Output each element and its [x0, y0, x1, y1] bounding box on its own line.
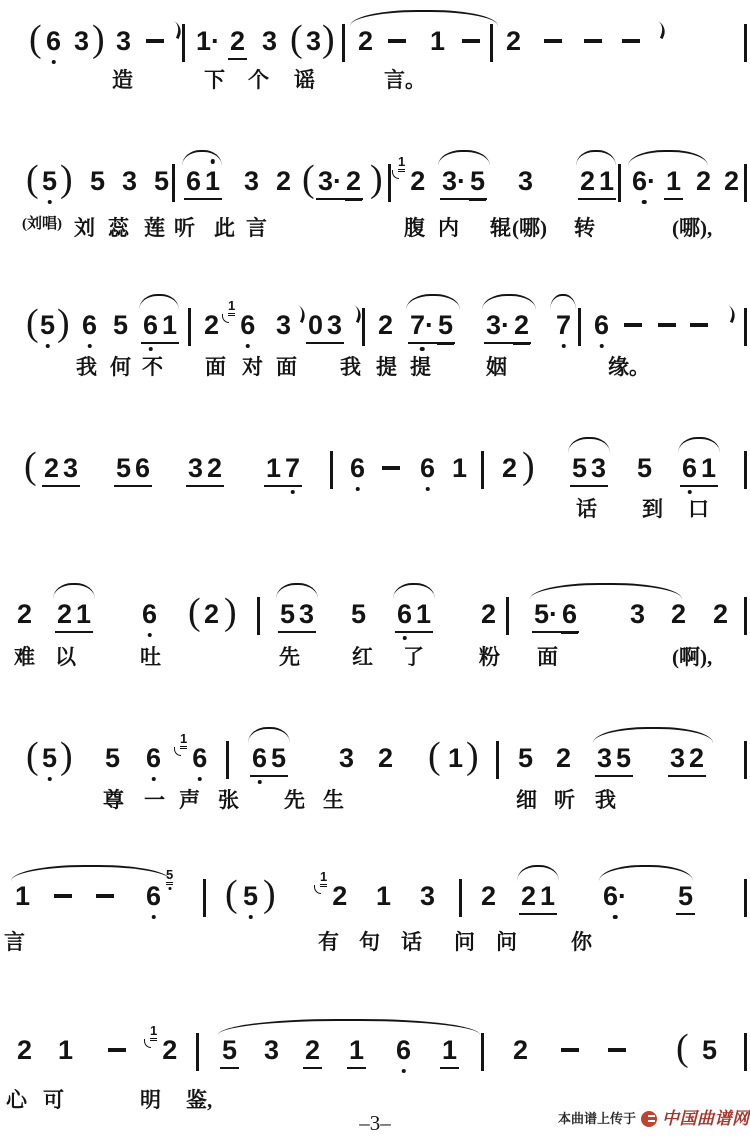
note-value: 5	[470, 168, 485, 195]
note: 7	[554, 312, 573, 339]
note-value: 1	[205, 168, 220, 195]
lyric-syllable: 红	[352, 645, 373, 669]
note: 6	[592, 312, 611, 339]
octave-dot-below	[198, 777, 203, 782]
note: 2	[202, 312, 221, 339]
note-part: 6	[395, 601, 414, 628]
grace-note-value: 1	[180, 732, 187, 749]
note-part: 1	[74, 601, 93, 628]
lyric-syllable: 下	[204, 68, 225, 92]
note-value: 5	[616, 745, 631, 772]
note: 2	[274, 168, 293, 195]
note-value: 3·	[486, 312, 510, 339]
note-value: 3	[591, 455, 606, 482]
note-value: 3	[630, 601, 645, 628]
duration-dash	[382, 466, 400, 470]
note-value: 5	[702, 1037, 717, 1064]
note: 61	[141, 312, 179, 344]
note-part: 1	[160, 312, 179, 339]
note: 3	[337, 745, 356, 772]
lyric-syllable: 姻	[486, 355, 507, 379]
note-value: 5	[438, 312, 453, 339]
note-value: 3	[670, 745, 685, 772]
barline	[188, 308, 191, 346]
note-value: 5	[518, 745, 533, 772]
note: 35	[595, 745, 633, 777]
note-value: 1	[15, 883, 30, 910]
note-value: 3	[116, 28, 131, 55]
note: 65	[250, 745, 288, 777]
note-value: 2	[44, 455, 59, 482]
note-value: 1	[266, 455, 281, 482]
parenthesis: )	[224, 593, 237, 631]
extra-underline	[437, 343, 454, 346]
note: 61	[184, 168, 222, 200]
note-part: 7	[283, 455, 302, 482]
note-value: 1	[448, 745, 463, 772]
duration-dash	[658, 323, 676, 327]
grace-note-value: 1	[320, 870, 327, 887]
note-value: 6	[240, 312, 255, 339]
note-value: 0	[308, 312, 323, 339]
note: 6	[80, 312, 99, 339]
lyric-syllable: 可	[43, 1088, 64, 1112]
lyric-syllable: 心	[6, 1088, 27, 1112]
note-part: 3·	[484, 312, 512, 339]
grace-note: 1	[180, 732, 187, 749]
note-part: 3	[120, 168, 139, 195]
note-value: 2	[378, 312, 393, 339]
note: 1	[428, 28, 447, 55]
barline	[618, 164, 621, 202]
grace-note: 1	[398, 155, 405, 172]
note-value: 2	[713, 601, 728, 628]
note-value: 1	[162, 312, 177, 339]
note: 6	[144, 745, 163, 772]
note-part: 5	[40, 168, 59, 195]
lyric-syllable: 面	[276, 355, 297, 379]
duration-dash	[561, 1048, 579, 1052]
grace-note-value: 1	[150, 1024, 157, 1041]
slur-arc	[182, 150, 222, 166]
lyric-syllable: (刘唱)	[22, 216, 62, 233]
site-name: 中国曲谱网	[662, 1110, 750, 1127]
note-value: 1·	[196, 28, 220, 55]
slur-arc	[393, 583, 435, 599]
parenthesis: (	[676, 1029, 689, 1067]
note-part: 6	[141, 312, 160, 339]
site-logo-icon	[641, 1111, 657, 1127]
note: 6·	[601, 883, 629, 910]
note-value: 5	[271, 745, 286, 772]
note-value: 5	[105, 745, 120, 772]
note: 5	[676, 883, 695, 915]
note-part: 2	[202, 312, 221, 339]
lyric-syllable: 蕊	[108, 216, 129, 240]
barline	[744, 24, 747, 62]
note-value: 2	[358, 28, 373, 55]
barline	[506, 597, 509, 635]
note-part: 5	[40, 745, 59, 772]
note-value: 3	[518, 168, 533, 195]
upload-credit-text: 本曲谱上传于	[558, 1112, 636, 1125]
lyric-syllable: 言。	[384, 68, 426, 92]
note: 2	[669, 601, 688, 628]
note-part: 6	[133, 455, 152, 482]
note-part: 3	[61, 455, 80, 482]
parenthesis: )	[57, 304, 70, 342]
lyric-syllable: 对	[242, 355, 263, 379]
lyric-syllable: (哪),	[672, 216, 712, 240]
grace-note: 1	[320, 870, 327, 887]
note-part: 1	[699, 455, 718, 482]
note: 5	[38, 312, 57, 339]
grace-hook	[392, 170, 399, 179]
note-value: 6	[562, 601, 577, 628]
grace-note: 1	[228, 299, 235, 316]
note-part: 7	[554, 312, 573, 339]
extra-underline	[469, 199, 486, 202]
lyric-syllable: 言	[246, 216, 267, 240]
parenthesis: (	[302, 160, 315, 198]
note-value: 2	[276, 168, 291, 195]
note: 1·	[194, 28, 222, 55]
octave-dot-below	[151, 777, 156, 782]
note-part: 6	[144, 883, 163, 910]
note-part: 2	[554, 745, 573, 772]
note-value: 1	[76, 601, 91, 628]
note-value: 2	[332, 883, 347, 910]
note-part: 3	[589, 455, 608, 482]
note-part: 5	[278, 601, 297, 628]
duration-dash	[622, 39, 640, 43]
note: 3·2	[484, 312, 531, 344]
note-value: 5	[42, 168, 57, 195]
barline	[744, 308, 747, 346]
note: 2	[15, 1037, 34, 1064]
octave-dot-below	[248, 915, 253, 920]
lyric-syllable: 转	[574, 216, 595, 240]
note-part: 3	[260, 28, 279, 55]
note-part: 2	[376, 745, 395, 772]
lyric-syllable: 辊	[490, 216, 511, 240]
lyric-syllable: 面	[537, 645, 558, 669]
grace-hook	[144, 1039, 151, 1048]
extra-underline	[561, 632, 578, 635]
lyric-syllable: 话	[576, 497, 597, 521]
barline	[744, 451, 747, 489]
note-part: 5·	[532, 601, 560, 628]
note: 5	[241, 883, 260, 910]
note-part: 3	[628, 601, 647, 628]
note-value: 2	[207, 455, 222, 482]
barline	[330, 451, 333, 489]
slur-arc	[248, 727, 290, 743]
note-value: 5	[243, 883, 258, 910]
note: 3·5	[440, 168, 487, 200]
note-part: 6	[680, 455, 699, 482]
octave-dot-below	[290, 490, 295, 495]
breath-fall-mark	[720, 304, 739, 323]
note: 53	[570, 455, 608, 487]
octave-dot-below	[687, 490, 692, 495]
note: 2	[376, 745, 395, 772]
note-value: 3·	[318, 168, 342, 195]
note: 3·2	[316, 168, 363, 200]
lyric-syllable: 个	[248, 68, 269, 92]
note-part: 5	[38, 312, 57, 339]
note: 3	[304, 28, 323, 55]
note-value: 3	[122, 168, 137, 195]
duration-dash	[146, 39, 164, 43]
barline	[257, 597, 260, 635]
note: 3	[262, 1037, 281, 1064]
note: 2	[356, 28, 375, 55]
note-value: 6	[192, 745, 207, 772]
slur-arc	[350, 10, 498, 26]
note-value: 3	[264, 1037, 279, 1064]
note: 1	[450, 455, 469, 482]
note-part: 1	[13, 883, 32, 910]
note-part: 6	[190, 745, 209, 772]
grace-note-value: 1	[228, 299, 235, 316]
note-part: 6·	[630, 168, 658, 195]
octave-dot-below	[45, 344, 50, 349]
note-part: 2	[408, 168, 427, 195]
note-value: 2	[346, 168, 361, 195]
note: 3	[120, 168, 139, 195]
octave-dot-below	[47, 777, 52, 782]
note-value: 2	[671, 601, 686, 628]
note: 5	[635, 455, 654, 482]
note-part: 1	[203, 168, 222, 195]
lyric-syllable: 不	[142, 355, 163, 379]
note-part: 6	[238, 312, 257, 339]
note-value: 6	[396, 1037, 411, 1064]
barline	[481, 1033, 484, 1071]
note-part: 2	[519, 883, 538, 910]
note-part: 5	[111, 312, 130, 339]
note-value: 6	[135, 455, 150, 482]
note: 2	[15, 601, 34, 628]
note-value: 6	[146, 745, 161, 772]
note: 21	[578, 168, 616, 200]
note-value: 7·	[410, 312, 434, 339]
grace-hook	[174, 747, 181, 756]
note-part: 5	[88, 168, 107, 195]
note-part: 5	[700, 1037, 719, 1064]
lyric-syllable: 先	[284, 788, 305, 812]
lyric-syllable: 话	[401, 930, 422, 954]
note-part: 5	[570, 455, 589, 482]
note-value: 5	[678, 883, 693, 910]
slur-arc	[139, 294, 179, 310]
grace-hook	[314, 885, 321, 894]
barline	[744, 1033, 747, 1071]
barline	[744, 741, 747, 779]
barline	[226, 741, 229, 779]
note: 5	[516, 745, 535, 772]
octave-dot-below	[47, 200, 52, 205]
note-value: 5	[351, 601, 366, 628]
note: 2	[479, 883, 498, 910]
note-part: 2	[356, 28, 375, 55]
lyric-syllable: 听	[554, 788, 575, 812]
barline	[744, 597, 747, 635]
note-value: 2	[556, 745, 571, 772]
slur-arc	[276, 583, 318, 599]
note: 6·	[630, 168, 658, 195]
note-value: 2	[230, 28, 245, 55]
grace-note-value: 1	[398, 155, 405, 172]
note-part: 1	[446, 745, 465, 772]
lyric-syllable: 我	[340, 355, 361, 379]
parenthesis: (	[225, 875, 238, 913]
barline	[481, 451, 484, 489]
note-part: 5	[436, 312, 455, 339]
parenthesis: (	[428, 737, 441, 775]
breath-fall-mark	[650, 20, 669, 39]
duration-dash	[462, 39, 480, 43]
octave-dot-below	[246, 344, 251, 349]
note: 1	[374, 883, 393, 910]
note: 1	[13, 883, 32, 910]
note-value: 2	[162, 1037, 177, 1064]
parenthesis: )	[322, 20, 335, 58]
note: 1	[440, 1037, 459, 1069]
lyric-syllable: 你	[571, 930, 592, 954]
note-value: 2	[204, 312, 219, 339]
note-part: 3	[668, 745, 687, 772]
note-part: 3	[242, 168, 261, 195]
barline	[196, 1033, 199, 1071]
note: 1	[664, 168, 683, 200]
lyric-syllable: 我	[76, 355, 97, 379]
note-part: 2	[722, 168, 741, 195]
note-value: 7	[556, 312, 571, 339]
lyric-syllable: 句	[359, 930, 380, 954]
lyric-syllable: 吐	[140, 645, 161, 669]
note-value: 2	[689, 745, 704, 772]
note-value: 3	[74, 28, 89, 55]
note-part: 5	[269, 745, 288, 772]
lyric-syllable: 明	[140, 1088, 161, 1112]
lyric-syllable: 听	[174, 216, 195, 240]
note-part: 1	[538, 883, 557, 910]
note-part: 6·	[601, 883, 629, 910]
parenthesis: (	[188, 593, 201, 631]
note-value: 6	[682, 455, 697, 482]
note: 3	[516, 168, 535, 195]
note-value: 6	[142, 601, 157, 628]
lyric-syllable: 有	[318, 930, 339, 954]
note-value: 2	[57, 601, 72, 628]
note-value: 5	[116, 455, 131, 482]
note: 6	[348, 455, 367, 482]
note-part: 1	[347, 1037, 366, 1064]
note-part: 3	[304, 28, 323, 55]
note-value: 3	[276, 312, 291, 339]
note-part: 2	[160, 1037, 179, 1064]
note-part: 2	[55, 601, 74, 628]
note-part: 3	[516, 168, 535, 195]
note: 12	[320, 883, 349, 910]
octave-dot-below	[613, 915, 618, 920]
lyric-syllable: 提	[376, 355, 397, 379]
note: 2	[511, 1037, 530, 1064]
note-value: 3	[306, 28, 321, 55]
note-value: 1	[58, 1037, 73, 1064]
note-value: 1	[540, 883, 555, 910]
slur-arc	[576, 150, 616, 166]
note-part: 1	[414, 601, 433, 628]
note-part: 6	[394, 1037, 413, 1064]
lyric-syllable: 张	[218, 788, 239, 812]
barline	[578, 308, 581, 346]
barline	[172, 164, 175, 202]
note: 3	[242, 168, 261, 195]
note-value: 2	[305, 1037, 320, 1064]
note: 2	[479, 601, 498, 628]
lyric-syllable: 声	[179, 788, 200, 812]
note-part: 2	[228, 28, 247, 55]
note-part: 6	[560, 601, 579, 628]
note: 7·5	[408, 312, 455, 344]
note-part: 1	[428, 28, 447, 55]
slur-arc	[550, 294, 576, 310]
parenthesis: (	[26, 160, 39, 198]
barline	[362, 308, 365, 346]
note: 2	[694, 168, 713, 195]
parenthesis: (	[24, 447, 37, 485]
parenthesis: )	[60, 160, 73, 198]
note: 6	[418, 455, 437, 482]
note-part: 3	[114, 28, 133, 55]
note: 6	[44, 28, 63, 55]
note-value: 1	[442, 1037, 457, 1064]
lyric-syllable: 刘	[74, 216, 95, 240]
note-part: 2	[303, 1037, 322, 1064]
note-part: 3	[72, 28, 91, 55]
note-part: 0	[306, 312, 325, 339]
note-value: 2	[378, 745, 393, 772]
note-part: 2	[512, 312, 531, 339]
note-part: 2	[42, 455, 61, 482]
note-value: 5	[113, 312, 128, 339]
note-value: 6	[252, 745, 267, 772]
upload-credit: 本曲谱上传于 中国曲谱网	[558, 1110, 750, 1127]
extra-underline	[345, 199, 362, 202]
note-part: 1	[450, 455, 469, 482]
duration-dash	[544, 39, 562, 43]
note-value: 3	[327, 312, 342, 339]
note-part: 3	[418, 883, 437, 910]
note-value: 2	[502, 455, 517, 482]
note: 2	[376, 312, 395, 339]
parenthesis: )	[522, 447, 535, 485]
barline	[744, 164, 747, 202]
lyric-syllable: 先	[279, 645, 300, 669]
note: 65	[144, 883, 173, 910]
lyric-syllable: 口	[688, 497, 709, 521]
note: 3	[260, 28, 279, 55]
slur-arc	[530, 583, 682, 599]
lyric-syllable: (啊),	[672, 645, 712, 669]
note-part: 6	[184, 168, 203, 195]
grace-note: 1	[150, 1024, 157, 1041]
note-part: 1	[440, 1037, 459, 1064]
lyric-syllable: 谣	[294, 68, 315, 92]
